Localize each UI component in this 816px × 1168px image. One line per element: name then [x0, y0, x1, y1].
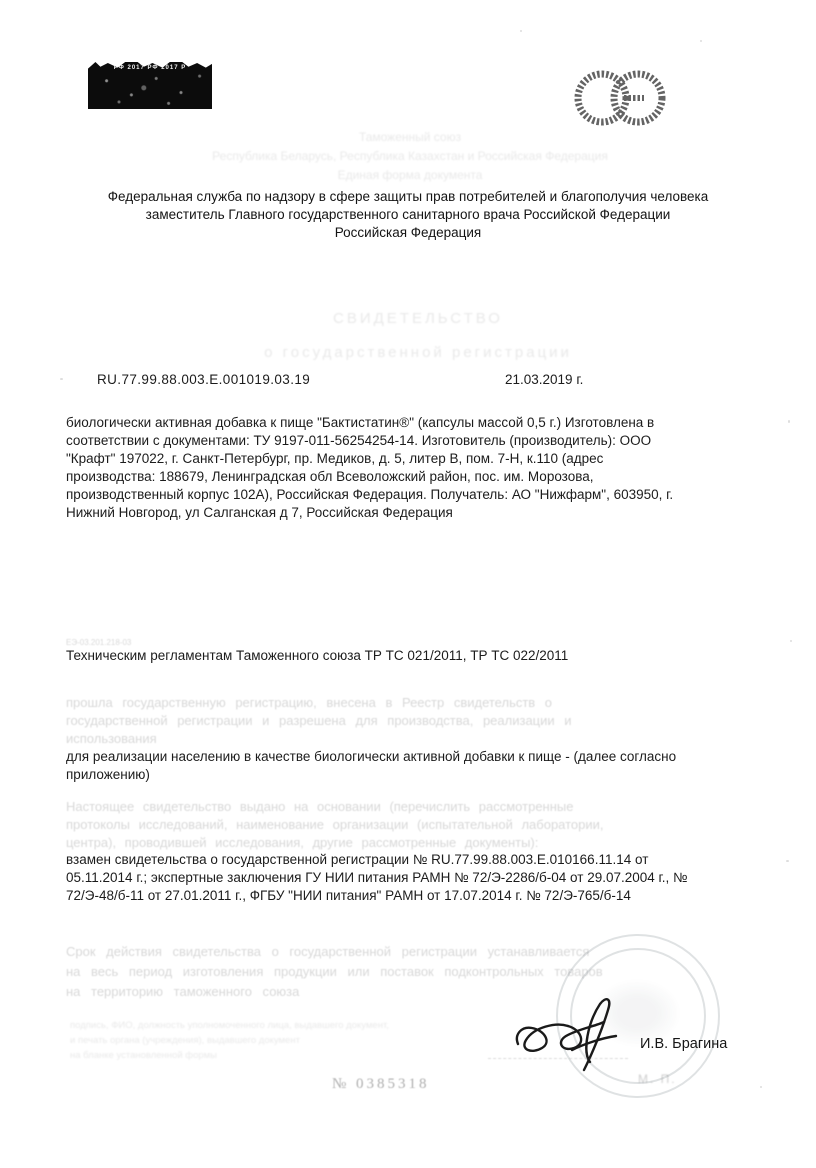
scan-speck — [60, 378, 63, 380]
signatory-name: И.В. Брагина — [640, 1036, 727, 1052]
seal-place-mark: М. П. — [638, 1072, 677, 1086]
certificate-scan-page: РФ 2017 РФ 2017 Р Таможенный союз Респуб… — [0, 0, 816, 1168]
scan-speck — [788, 420, 790, 423]
scan-speck — [700, 40, 702, 42]
scan-speck — [760, 1086, 762, 1088]
scan-speck — [520, 30, 522, 32]
faded-basis-boilerplate: Настоящее свидетельство выдано на основа… — [66, 798, 766, 852]
technical-regulations: Техническим регламентам Таможенного союз… — [66, 648, 766, 663]
signature-scribble — [512, 992, 642, 1077]
agency-header: Федеральная служба по надзору в сфере за… — [48, 188, 768, 242]
registration-number: RU.77.99.88.003.Е.001019.03.19 — [97, 372, 310, 387]
blank-form-number: № 0385318 — [332, 1076, 430, 1093]
product-description: биологически активная добавка к пище "Ба… — [66, 414, 766, 522]
faded-regulation-code: ЕЭ-03.201.218-03 — [66, 638, 131, 647]
faded-footer-note: подпись, ФИО, должность уполномоченного … — [70, 1018, 450, 1063]
registration-date: 21.03.2019 г. — [505, 372, 583, 387]
signature-underline — [488, 1058, 628, 1059]
faded-header-lines: Таможенный союз Республика Беларусь, Рес… — [100, 128, 720, 185]
faded-registration-boilerplate: прошла государственную регистрацию, внес… — [66, 694, 756, 748]
scan-speck — [786, 860, 789, 862]
faded-certificate-title: СВИДЕТЕЛЬСТВО о государственной регистра… — [188, 302, 648, 370]
usage-statement: для реализации населению в качестве биол… — [66, 748, 766, 784]
se-stamp-icon — [572, 62, 672, 138]
scan-speck — [790, 640, 792, 642]
hologram-sticker-label: РФ 2017 РФ 2017 Р — [88, 65, 212, 71]
hologram-sticker: РФ 2017 РФ 2017 Р — [88, 62, 212, 109]
replacement-certificate-text: взамен свидетельства о государственной р… — [66, 851, 776, 905]
